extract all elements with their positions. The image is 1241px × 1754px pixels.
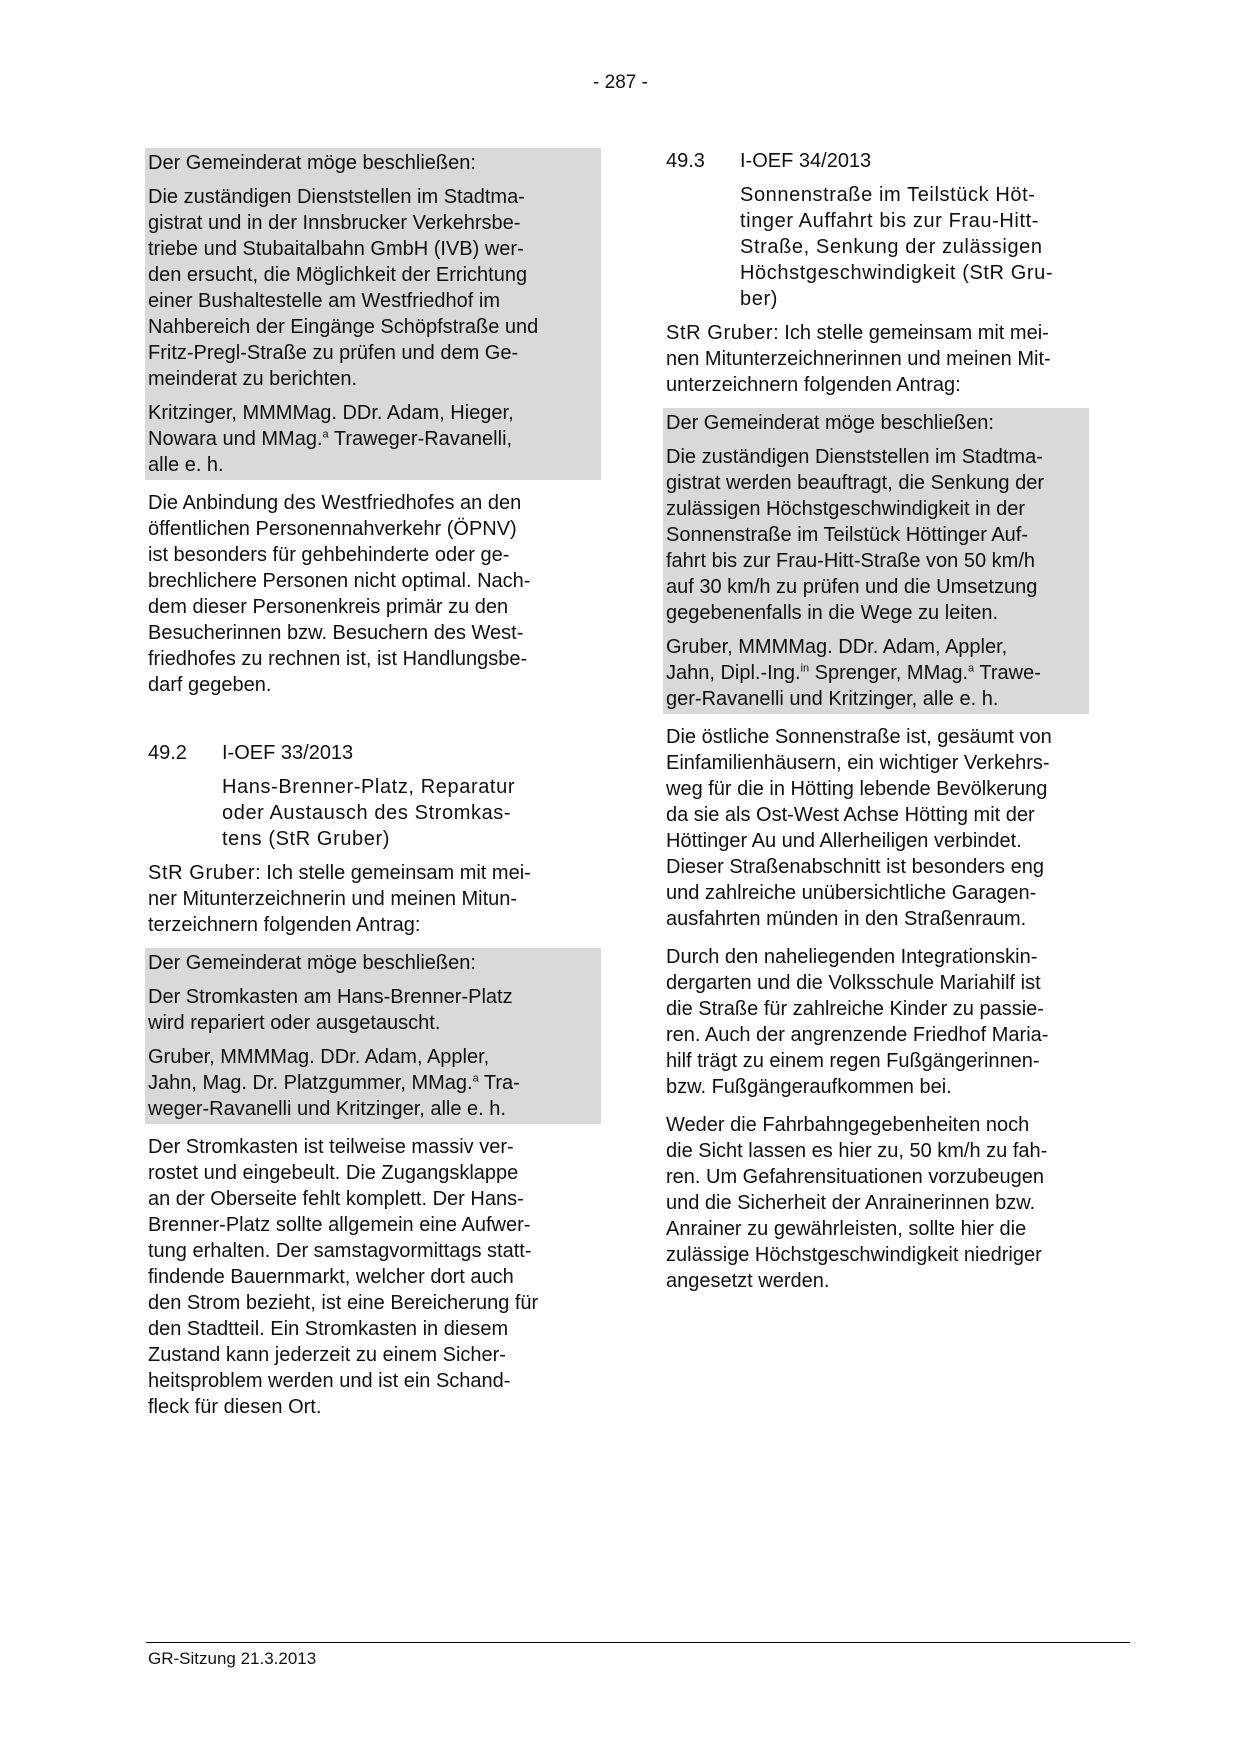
item-title: Sonnenstraße im Teilstück Höt- tinger Au… [663, 182, 1089, 312]
speaker-name: StR Gruber [148, 862, 255, 884]
left-column: Der Gemeinderat möge beschließen: Die zu… [145, 148, 601, 1420]
justification-paragraph: Der Stromkasten ist teilweise massiv ver… [145, 1134, 601, 1420]
motion-body: Die zuständigen Dienststellen im Stadtma… [666, 444, 1086, 626]
justification-paragraph: Die Anbindung des Westfriedhofes an den … [145, 490, 601, 698]
footer-divider [146, 1642, 1130, 1643]
footer-text: GR-Sitzung 21.3.2013 [148, 1649, 316, 1669]
item-header: 49.3 I-OEF 34/2013 [663, 148, 1089, 174]
justification-paragraph: Durch den naheliegenden Integrationskin-… [663, 944, 1089, 1100]
motion-signers: Kritzinger, MMMMag. DDr. Adam, Hieger, N… [148, 400, 598, 478]
item-number: 49.2 [148, 740, 222, 766]
motion-body: Die zuständigen Dienststellen im Stadtma… [148, 184, 598, 392]
motion-box: Der Gemeinderat möge beschließen: Die zu… [145, 148, 601, 480]
justification-paragraph: Die östliche Sonnenstraße ist, gesäumt v… [663, 724, 1089, 932]
motion-heading: Der Gemeinderat möge beschließen: [148, 150, 598, 176]
motion-box: Der Gemeinderat möge beschließen: Die zu… [663, 408, 1089, 714]
page-number: - 287 - [0, 72, 1241, 94]
motion-heading: Der Gemeinderat möge beschließen: [666, 410, 1086, 436]
motion-box: Der Gemeinderat möge beschließen: Der St… [145, 948, 601, 1124]
superscript: in [801, 662, 810, 674]
motion-signers: Gruber, MMMMag. DDr. Adam, Appler, Jahn,… [666, 634, 1086, 712]
item-reference: I-OEF 34/2013 [740, 148, 871, 174]
motion-intro: StR Gruber: Ich stelle gemeinsam mit mei… [663, 320, 1089, 398]
speaker-name: StR Gruber [666, 322, 773, 344]
item-header: 49.2 I-OEF 33/2013 [145, 740, 601, 766]
item-number: 49.3 [666, 148, 740, 174]
motion-body: Der Stromkasten am Hans-Brenner-Platz wi… [148, 984, 598, 1036]
item-title: Hans-Brenner-Platz, Reparatur oder Austa… [145, 774, 601, 852]
motion-signers: Gruber, MMMMag. DDr. Adam, Appler, Jahn,… [148, 1044, 598, 1122]
justification-paragraph: Weder die Fahrbahngegebenheiten noch die… [663, 1112, 1089, 1294]
right-column: 49.3 I-OEF 34/2013 Sonnenstraße im Teils… [663, 148, 1089, 1294]
item-reference: I-OEF 33/2013 [222, 740, 353, 766]
signers-text: Sprenger, MMag. [809, 662, 968, 684]
signers-text: Gruber, MMMMag. DDr. Adam, Appler, Jahn,… [148, 1046, 489, 1094]
motion-heading: Der Gemeinderat möge beschließen: [148, 950, 598, 976]
motion-intro: StR Gruber: Ich stelle gemeinsam mit mei… [145, 860, 601, 938]
